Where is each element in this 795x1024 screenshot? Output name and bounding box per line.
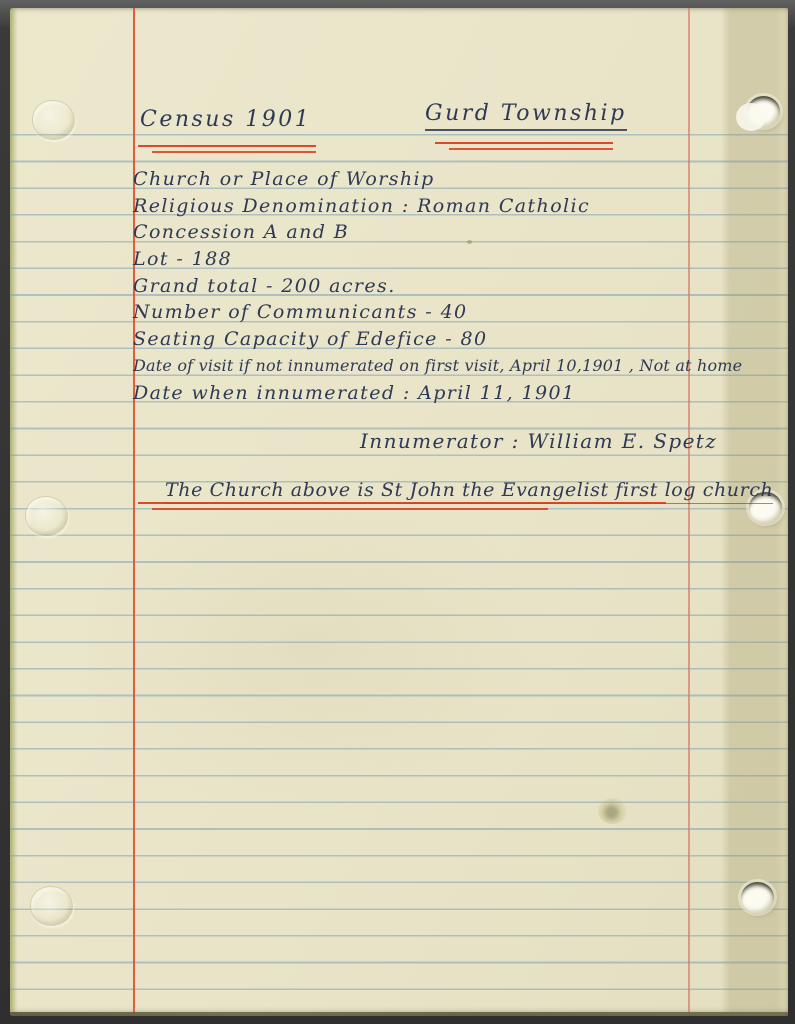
field-concession: Concession A and B bbox=[133, 219, 742, 246]
embossed-hole-bottom-left bbox=[30, 886, 73, 926]
left-margin-line bbox=[133, 8, 135, 1014]
underline-stroke bbox=[138, 502, 666, 504]
punch-hole-top-right bbox=[747, 96, 780, 127]
embossed-hole-top-left bbox=[32, 100, 75, 140]
field-denomination: Religious Denomination : Roman Catholic bbox=[133, 193, 742, 220]
underline-stroke bbox=[449, 148, 613, 150]
underline-stroke bbox=[152, 508, 548, 510]
census-title: Census 1901 bbox=[140, 107, 311, 132]
right-margin-line bbox=[688, 8, 690, 1014]
red-double-underline-township bbox=[435, 142, 613, 150]
field-communicants: Number of Communicants - 40 bbox=[133, 299, 742, 326]
census-fields: Church or Place of Worship Religious Den… bbox=[133, 166, 742, 406]
field-date-innumerated: Date when innumerated : April 11, 1901 bbox=[133, 380, 742, 407]
notebook-paper: Census 1901 Gurd Township Church or Plac… bbox=[10, 8, 788, 1016]
enumerator-signature: Innumerator : William E. Spetz bbox=[360, 429, 717, 453]
field-grand-total: Grand total - 200 acres. bbox=[133, 273, 742, 300]
underline-stroke bbox=[138, 145, 316, 147]
red-double-underline-census bbox=[138, 145, 316, 153]
field-first-visit: Date of visit if not innumerated on firs… bbox=[133, 353, 742, 380]
punch-hole-bottom-right bbox=[741, 882, 774, 913]
red-double-underline-note bbox=[138, 502, 666, 510]
underline-stroke bbox=[152, 151, 316, 153]
field-church: Church or Place of Worship bbox=[133, 166, 742, 193]
field-lot: Lot - 188 bbox=[133, 246, 742, 273]
church-note: The Church above is St John the Evangeli… bbox=[165, 479, 773, 504]
underline-stroke bbox=[435, 142, 613, 144]
scanned-page-background: Census 1901 Gurd Township Church or Plac… bbox=[0, 0, 795, 1024]
township-title: Gurd Township bbox=[425, 101, 627, 131]
embossed-hole-middle-left bbox=[25, 496, 68, 536]
stain-mark bbox=[598, 798, 628, 824]
field-seating: Seating Capacity of Edefice - 80 bbox=[133, 326, 742, 353]
